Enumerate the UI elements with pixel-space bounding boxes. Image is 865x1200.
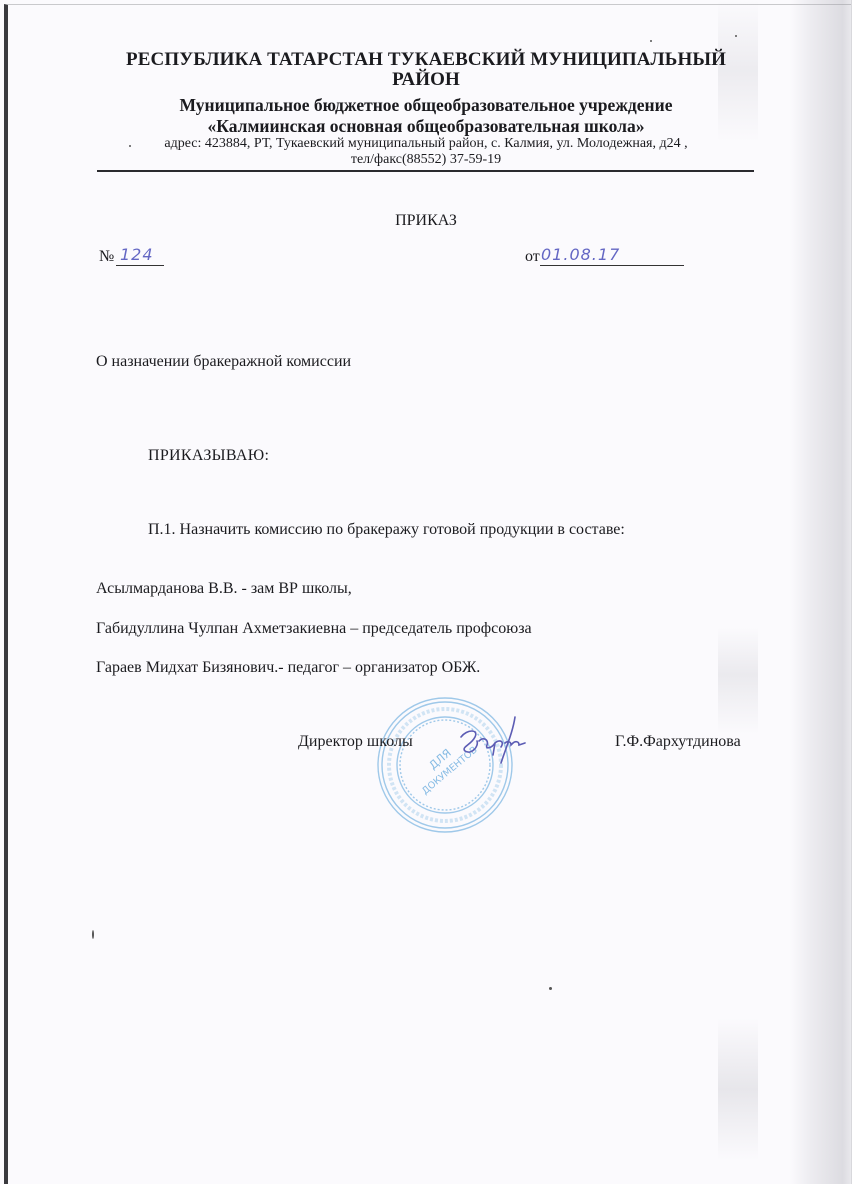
scan-shadow-patches (718, 0, 758, 1184)
commission-member: Асылмарданова В.В. - зам ВР школы, (96, 580, 352, 598)
school-address: адрес: 423884, РТ, Тукаевский муниципаль… (96, 136, 756, 152)
school-name: «Калмиинская основная общеобразовательна… (96, 116, 756, 136)
order-date-underline (540, 265, 684, 266)
scan-speck (92, 930, 94, 939)
scanner-bottom-edge (0, 1184, 865, 1200)
letterhead-divider (97, 170, 754, 172)
scan-speck (549, 987, 552, 990)
scan-shadow (790, 0, 852, 1184)
order-subject: О назначении бракеражной комиссии (96, 353, 351, 371)
order-title: ПРИКАЗ (96, 212, 756, 230)
order-clause-1: П.1. Назначить комиссию по бракеражу гот… (148, 521, 625, 539)
letterhead-line1b: РАЙОН (96, 70, 756, 90)
scan-speck (129, 145, 131, 147)
order-number-handwritten: 124 (120, 245, 154, 264)
school-phone: тел/факс(88552) 37-59-19 (96, 152, 756, 168)
order-date-label: от (525, 248, 540, 266)
commission-member: Габидуллина Чулпан Ахметзакиевна – предс… (96, 620, 532, 638)
order-number-label: № (99, 248, 114, 266)
order-date-handwritten: 01.08.17 (541, 245, 620, 264)
scan-speck (650, 40, 652, 42)
signatory-title: Директор школы (298, 733, 413, 751)
letterhead-line1: РЕСПУБЛИКА ТАТАРСТАН ТУКАЕВСКИЙ МУНИЦИПА… (96, 50, 756, 70)
institution-type: Муниципальное бюджетное общеобразователь… (96, 95, 756, 115)
order-directive: ПРИКАЗЫВАЮ: (148, 447, 269, 465)
scan-speck (735, 35, 737, 37)
scanner-edge (851, 0, 865, 1200)
signatory-name: Г.Ф.Фархутдинова (615, 733, 741, 751)
order-number-underline (116, 265, 164, 266)
director-signature-icon (455, 715, 540, 765)
letterhead-region: РЕСПУБЛИКА ТАТАРСТАН ТУКАЕВСКИЙ МУНИЦИПА… (96, 50, 756, 90)
commission-member: Гараев Мидхат Бизянович.- педагог – орга… (96, 659, 480, 677)
